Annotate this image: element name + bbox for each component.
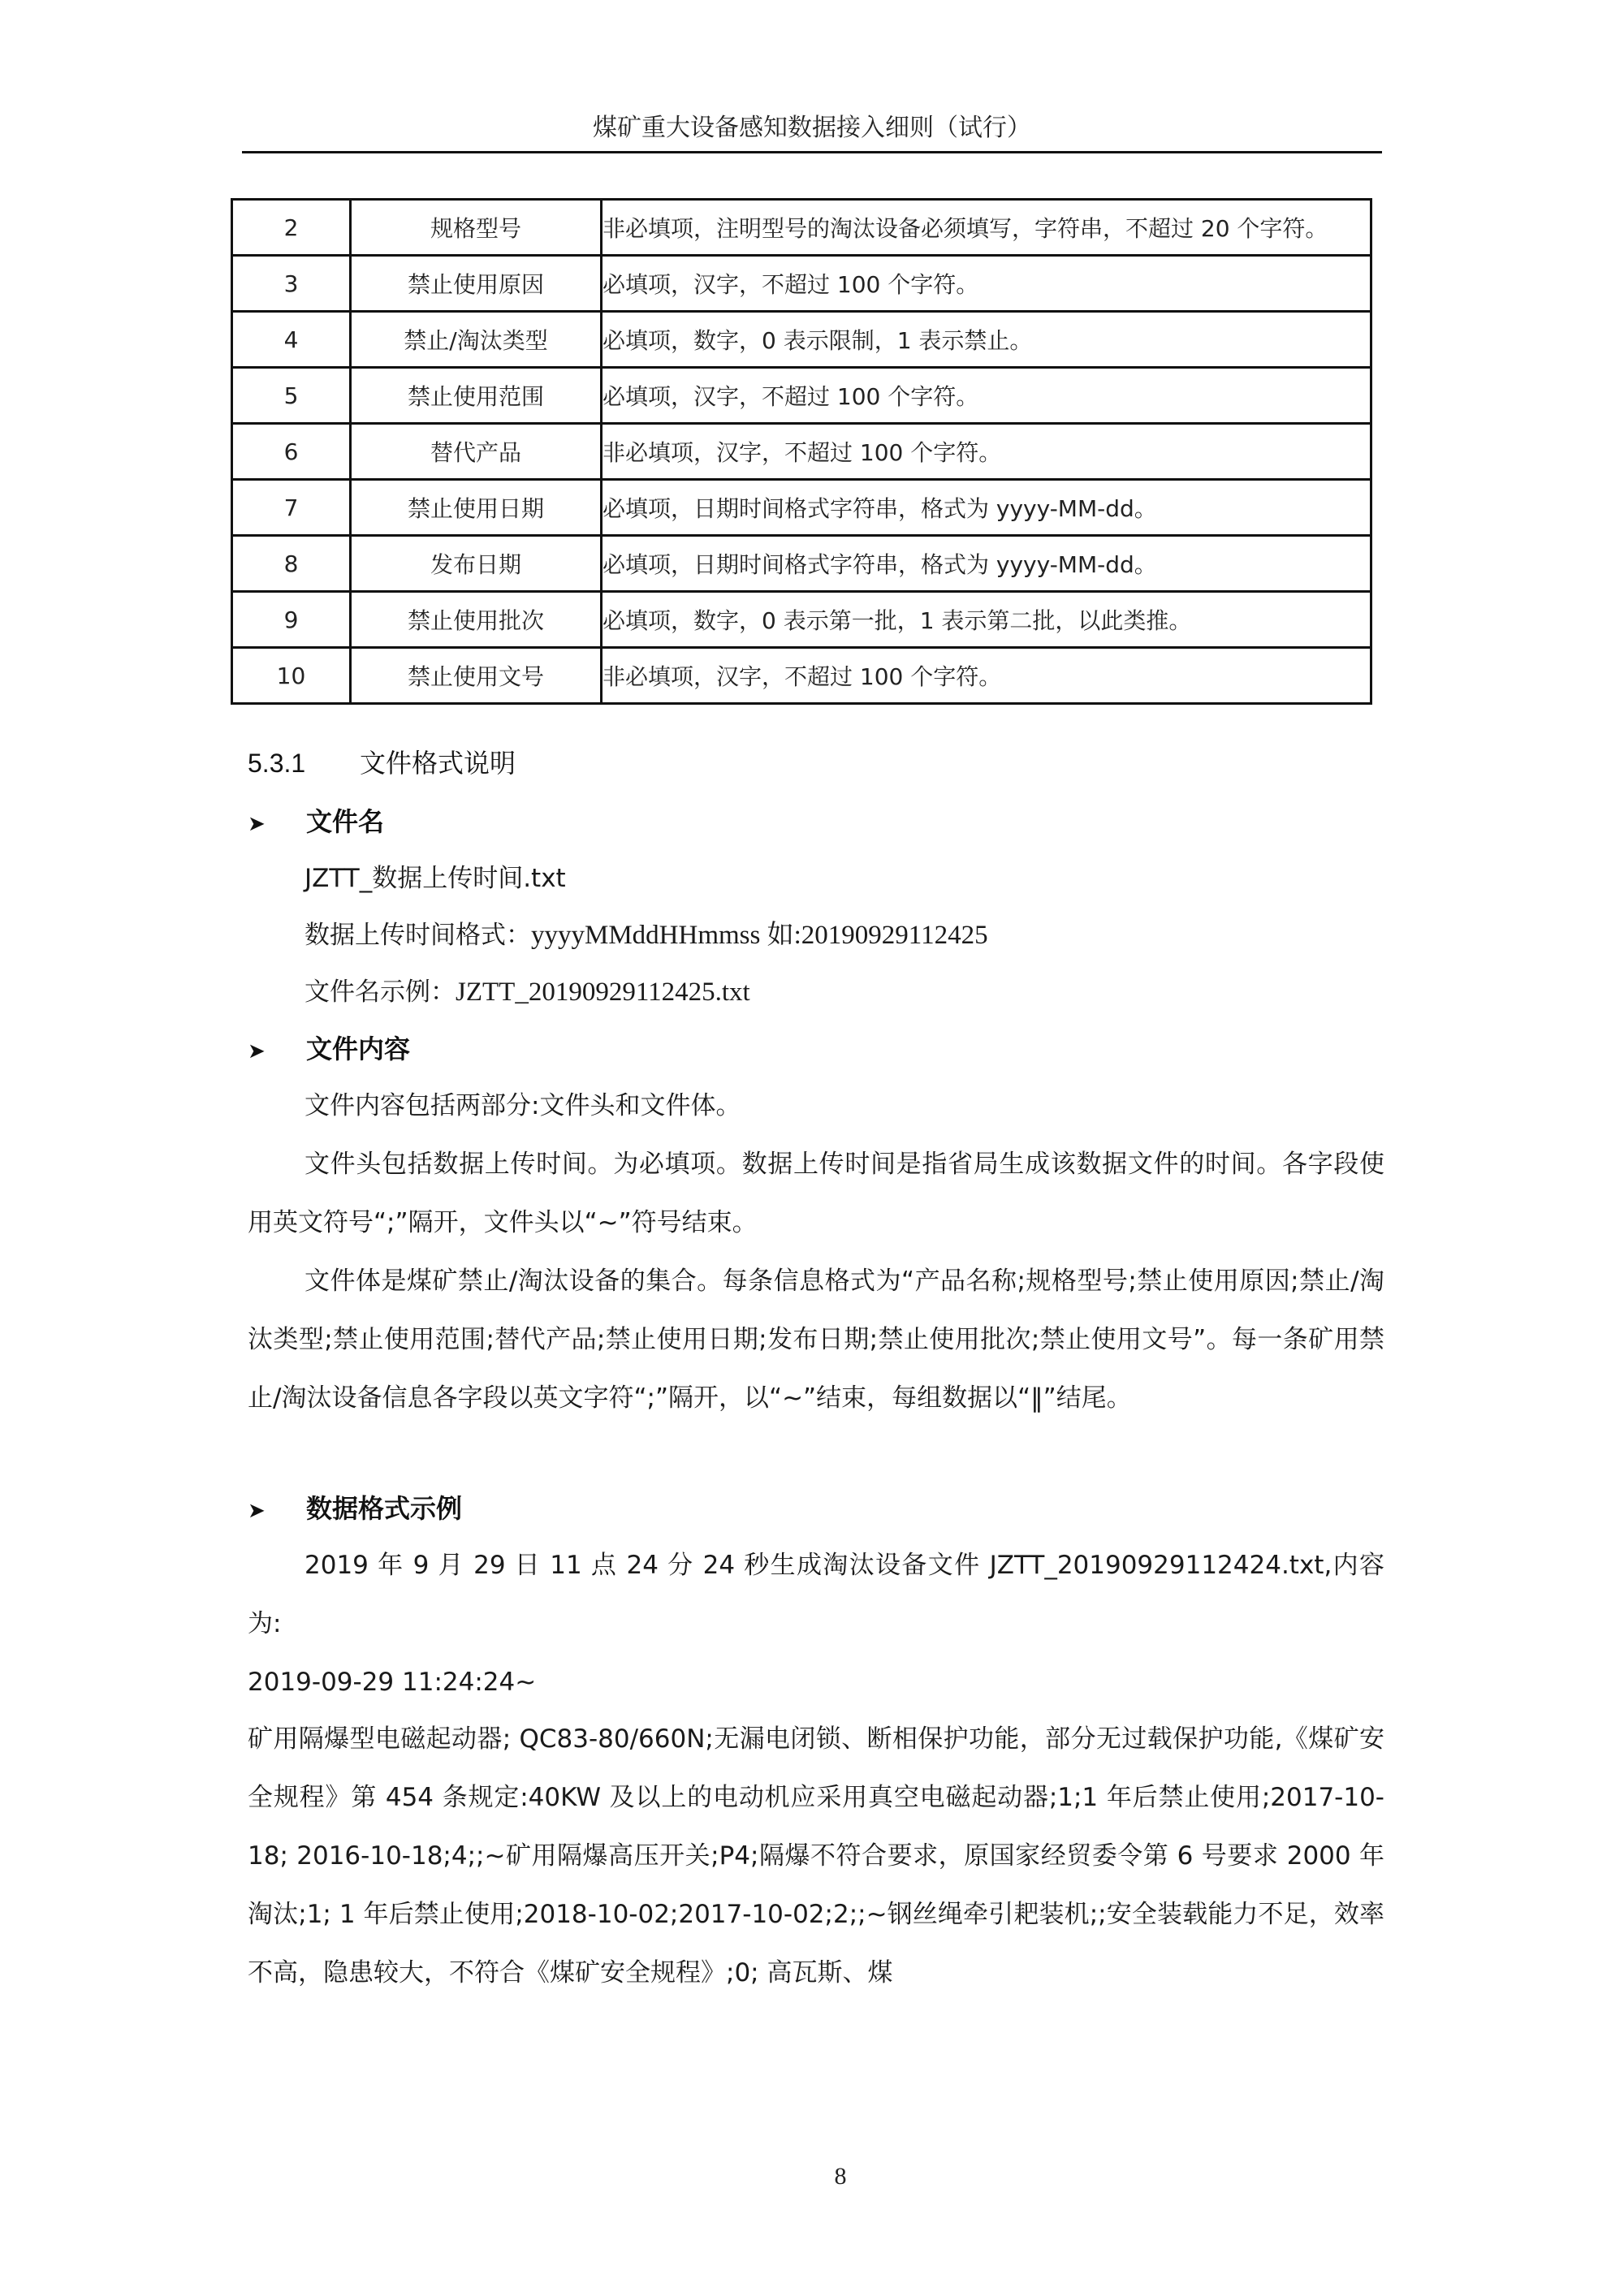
row-field-name: 发布日期 [351,536,602,592]
row-index: 8 [232,536,351,592]
file-name-pattern: JZTT_数据上传时间.txt [304,861,1441,896]
row-description: 必填项，数字，0 表示限制，1 表示禁止。 [602,312,1371,368]
bullet-file-content: ➤文件内容 [248,1031,410,1069]
section-heading: 5.3.1文件格式说明 [248,745,516,781]
table-row: 5 禁止使用范围 必填项，汉字，不超过 100 个字符。 [232,368,1371,424]
time-format-line: 数据上传时间格式：yyyyMMddHHmmss 如:20190929112425 [304,917,1441,953]
arrow-bullet-icon: ➤ [248,1034,306,1069]
row-index: 7 [232,480,351,536]
table-row: 2 规格型号 非必填项，注明型号的淘汰设备必须填写，字符串，不超过 20 个字符… [232,200,1371,256]
row-field-name: 替代产品 [351,424,602,480]
row-field-name: 禁止使用原因 [351,256,602,312]
row-field-name: 禁止使用日期 [351,480,602,536]
header-divider [242,151,1382,153]
file-name-example-label: 文件名示例： [304,978,456,1007]
field-spec-table: 2 规格型号 非必填项，注明型号的淘汰设备必须填写，字符串，不超过 20 个字符… [231,198,1372,705]
section-number: 5.3.1 [248,745,360,781]
time-format-value: yyyyMMddHHmmss 如:20190929112425 [531,921,988,950]
table-row: 10 禁止使用文号 非必填项，汉字，不超过 100 个字符。 [232,648,1371,704]
data-example-header-line: 2019-09-29 11:24:24~ [248,1664,1384,1700]
row-description: 必填项，汉字，不超过 100 个字符。 [602,368,1371,424]
arrow-bullet-icon: ➤ [248,806,306,842]
row-field-name: 禁止/淘汰类型 [351,312,602,368]
row-description: 非必填项，汉字，不超过 100 个字符。 [602,424,1371,480]
row-description: 非必填项，注明型号的淘汰设备必须填写，字符串，不超过 20 个字符。 [602,200,1371,256]
file-content-paragraph-2: 文件头包括数据上传时间。为必填项。数据上传时间是指省局生成该数据文件的时间。各字… [248,1135,1384,1252]
row-field-name: 禁止使用批次 [351,592,602,648]
file-content-paragraph-3: 文件体是煤矿禁止/淘汰设备的集合。每条信息格式为“产品名称;规格型号;禁止使用原… [248,1252,1384,1427]
row-index: 3 [232,256,351,312]
row-description: 非必填项，汉字，不超过 100 个字符。 [602,648,1371,704]
file-name-example-line: 文件名示例：JZTT_20190929112425.txt [304,974,1441,1010]
data-example-body: 矿用隔爆型电磁起动器; QC83-80/660N;无漏电闭锁、断相保护功能，部分… [248,1710,1384,2002]
bullet-file-name: ➤文件名 [248,804,384,842]
arrow-bullet-icon: ➤ [248,1493,306,1529]
row-index: 5 [232,368,351,424]
row-description: 必填项，日期时间格式字符串，格式为 yyyy-MM-dd。 [602,536,1371,592]
table-row: 8 发布日期 必填项，日期时间格式字符串，格式为 yyyy-MM-dd。 [232,536,1371,592]
row-index: 4 [232,312,351,368]
row-field-name: 禁止使用文号 [351,648,602,704]
bullet-heading: 文件内容 [306,1034,410,1064]
table-row: 3 禁止使用原因 必填项，汉字，不超过 100 个字符。 [232,256,1371,312]
time-format-label: 数据上传时间格式： [304,921,531,950]
row-description: 必填项，日期时间格式字符串，格式为 yyyy-MM-dd。 [602,480,1371,536]
row-index: 10 [232,648,351,704]
file-content-paragraph-1: 文件内容包括两部分:文件头和文件体。 [248,1077,1384,1135]
row-index: 6 [232,424,351,480]
file-name-example-value: JZTT_20190929112425.txt [456,978,750,1007]
row-field-name: 规格型号 [351,200,602,256]
bullet-data-example: ➤数据格式示例 [248,1491,462,1529]
table-row: 9 禁止使用批次 必填项，数字，0 表示第一批，1 表示第二批，以此类推。 [232,592,1371,648]
section-title-text: 文件格式说明 [360,749,516,778]
page-header-title: 煤矿重大设备感知数据接入细则（试行） [242,112,1382,145]
row-field-name: 禁止使用范围 [351,368,602,424]
table-row: 6 替代产品 非必填项，汉字，不超过 100 个字符。 [232,424,1371,480]
row-description: 必填项，数字，0 表示第一批，1 表示第二批，以此类推。 [602,592,1371,648]
page-number: 8 [0,2163,1624,2190]
row-index: 2 [232,200,351,256]
table-row: 7 禁止使用日期 必填项，日期时间格式字符串，格式为 yyyy-MM-dd。 [232,480,1371,536]
table-row: 4 禁止/淘汰类型 必填项，数字，0 表示限制，1 表示禁止。 [232,312,1371,368]
bullet-heading: 数据格式示例 [306,1493,462,1524]
row-index: 9 [232,592,351,648]
bullet-heading: 文件名 [306,806,384,837]
data-example-intro: 2019 年 9 月 29 日 11 点 24 分 24 秒生成淘汰设备文件 J… [248,1536,1384,1653]
row-description: 必填项，汉字，不超过 100 个字符。 [602,256,1371,312]
